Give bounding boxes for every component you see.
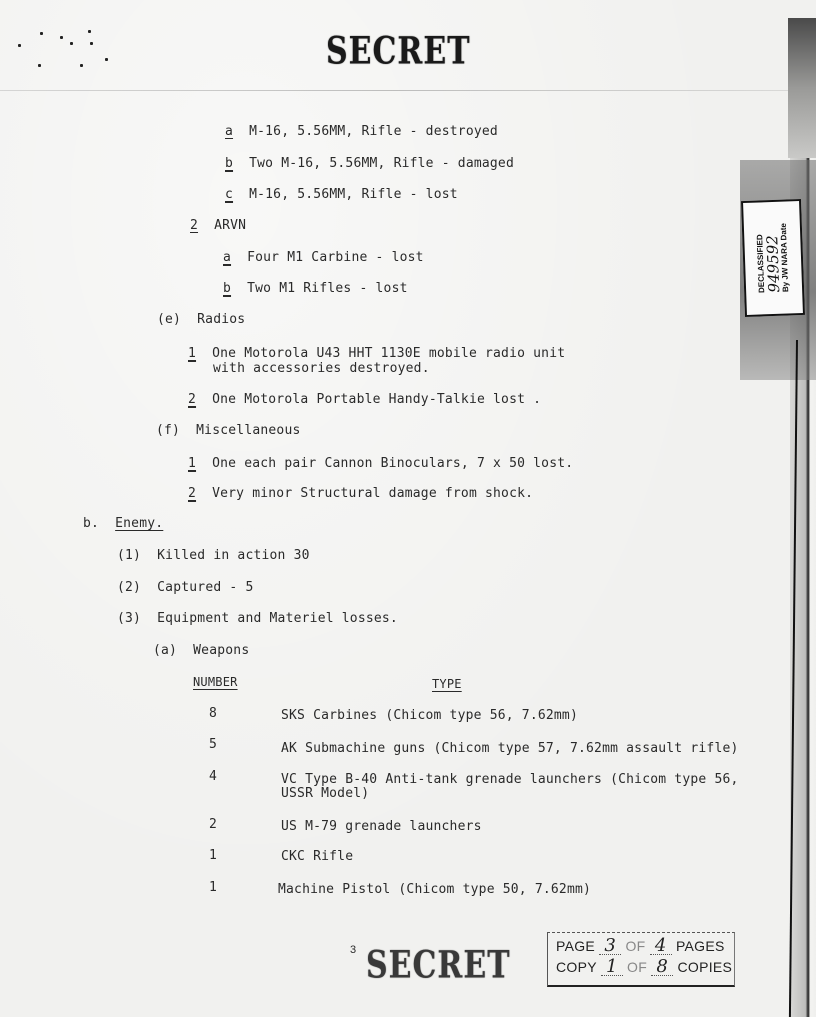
weapon-type: AK Submachine guns (Chicom type 57, 7.62… xyxy=(281,741,739,756)
list-item: 2 One Motorola Portable Handy-Talkie los… xyxy=(188,392,541,407)
list-item: a Four M1 Carbine - lost xyxy=(223,250,424,265)
column-header-type: TYPE xyxy=(432,677,462,691)
section-weapons: (a) Weapons xyxy=(153,643,249,658)
section-radios: (e) Radios xyxy=(157,312,245,327)
list-item: c M-16, 5.56MM, Rifle - lost xyxy=(225,187,458,202)
section-enemy-title: Enemy. xyxy=(115,516,163,531)
section-enemy: b. Enemy. xyxy=(83,516,163,531)
document-page: SECRET a M-16, 5.56MM, Rifle - destroyed… xyxy=(0,0,816,1017)
column-header-number: NUMBER xyxy=(193,675,238,689)
section-miscellaneous: (f) Miscellaneous xyxy=(156,423,301,438)
list-item: (2) Captured - 5 xyxy=(117,580,253,595)
list-item-continuation: with accessories destroyed. xyxy=(213,361,430,376)
pages-total: 4 xyxy=(650,938,672,955)
list-item: 2 Very minor Structural damage from shoc… xyxy=(188,486,533,501)
page-number: 3 xyxy=(350,944,356,956)
weapon-type: Machine Pistol (Chicom type 50, 7.62mm) xyxy=(278,882,591,897)
page-count-row: PAGE 3 OF 4 PAGES xyxy=(556,938,725,955)
weapon-type: VC Type B-40 Anti-tank grenade launchers… xyxy=(281,772,739,787)
page-value: 3 xyxy=(599,938,621,955)
scan-edge-shadow xyxy=(788,18,816,158)
classification-stamp-bottom: SECRET xyxy=(366,944,511,988)
copy-control-box: PAGE 3 OF 4 PAGES COPY 1 OF 8 COPIES xyxy=(547,932,735,987)
weapon-number: 1 xyxy=(209,880,217,895)
section-arvn: 2 ARVN xyxy=(190,218,246,233)
copy-count-row: COPY 1 OF 8 COPIES xyxy=(556,959,732,976)
list-item: 1 One Motorola U43 HHT 1130E mobile radi… xyxy=(188,346,565,361)
weapon-number: 4 xyxy=(209,769,217,784)
weapon-number: 1 xyxy=(209,848,217,863)
scan-specks xyxy=(10,28,120,78)
list-item: b Two M1 Rifles - lost xyxy=(223,281,408,296)
weapon-number: 8 xyxy=(209,706,217,721)
list-item: 1 One each pair Cannon Binoculars, 7 x 5… xyxy=(188,456,573,471)
list-item: b Two M-16, 5.56MM, Rifle - damaged xyxy=(225,156,514,171)
weapon-number: 5 xyxy=(209,737,217,752)
copy-value: 1 xyxy=(601,959,623,976)
weapon-type: CKC Rifle xyxy=(281,849,353,864)
list-item: a M-16, 5.56MM, Rifle - destroyed xyxy=(225,124,498,139)
weapon-number: 2 xyxy=(209,817,217,832)
classification-stamp-top: SECRET xyxy=(326,30,471,74)
weapon-type-continuation: USSR Model) xyxy=(281,786,369,801)
weapon-type: SKS Carbines (Chicom type 56, 7.62mm) xyxy=(281,708,578,723)
declassification-stamp: DECLASSIFIED 949592 By JW NARA Date xyxy=(741,199,805,317)
list-item: (1) Killed in action 30 xyxy=(117,548,310,563)
copies-total: 8 xyxy=(651,959,673,976)
list-item: (3) Equipment and Materiel losses. xyxy=(117,611,398,626)
header-rule xyxy=(0,90,790,91)
weapon-type: US M-79 grenade launchers xyxy=(281,819,482,834)
